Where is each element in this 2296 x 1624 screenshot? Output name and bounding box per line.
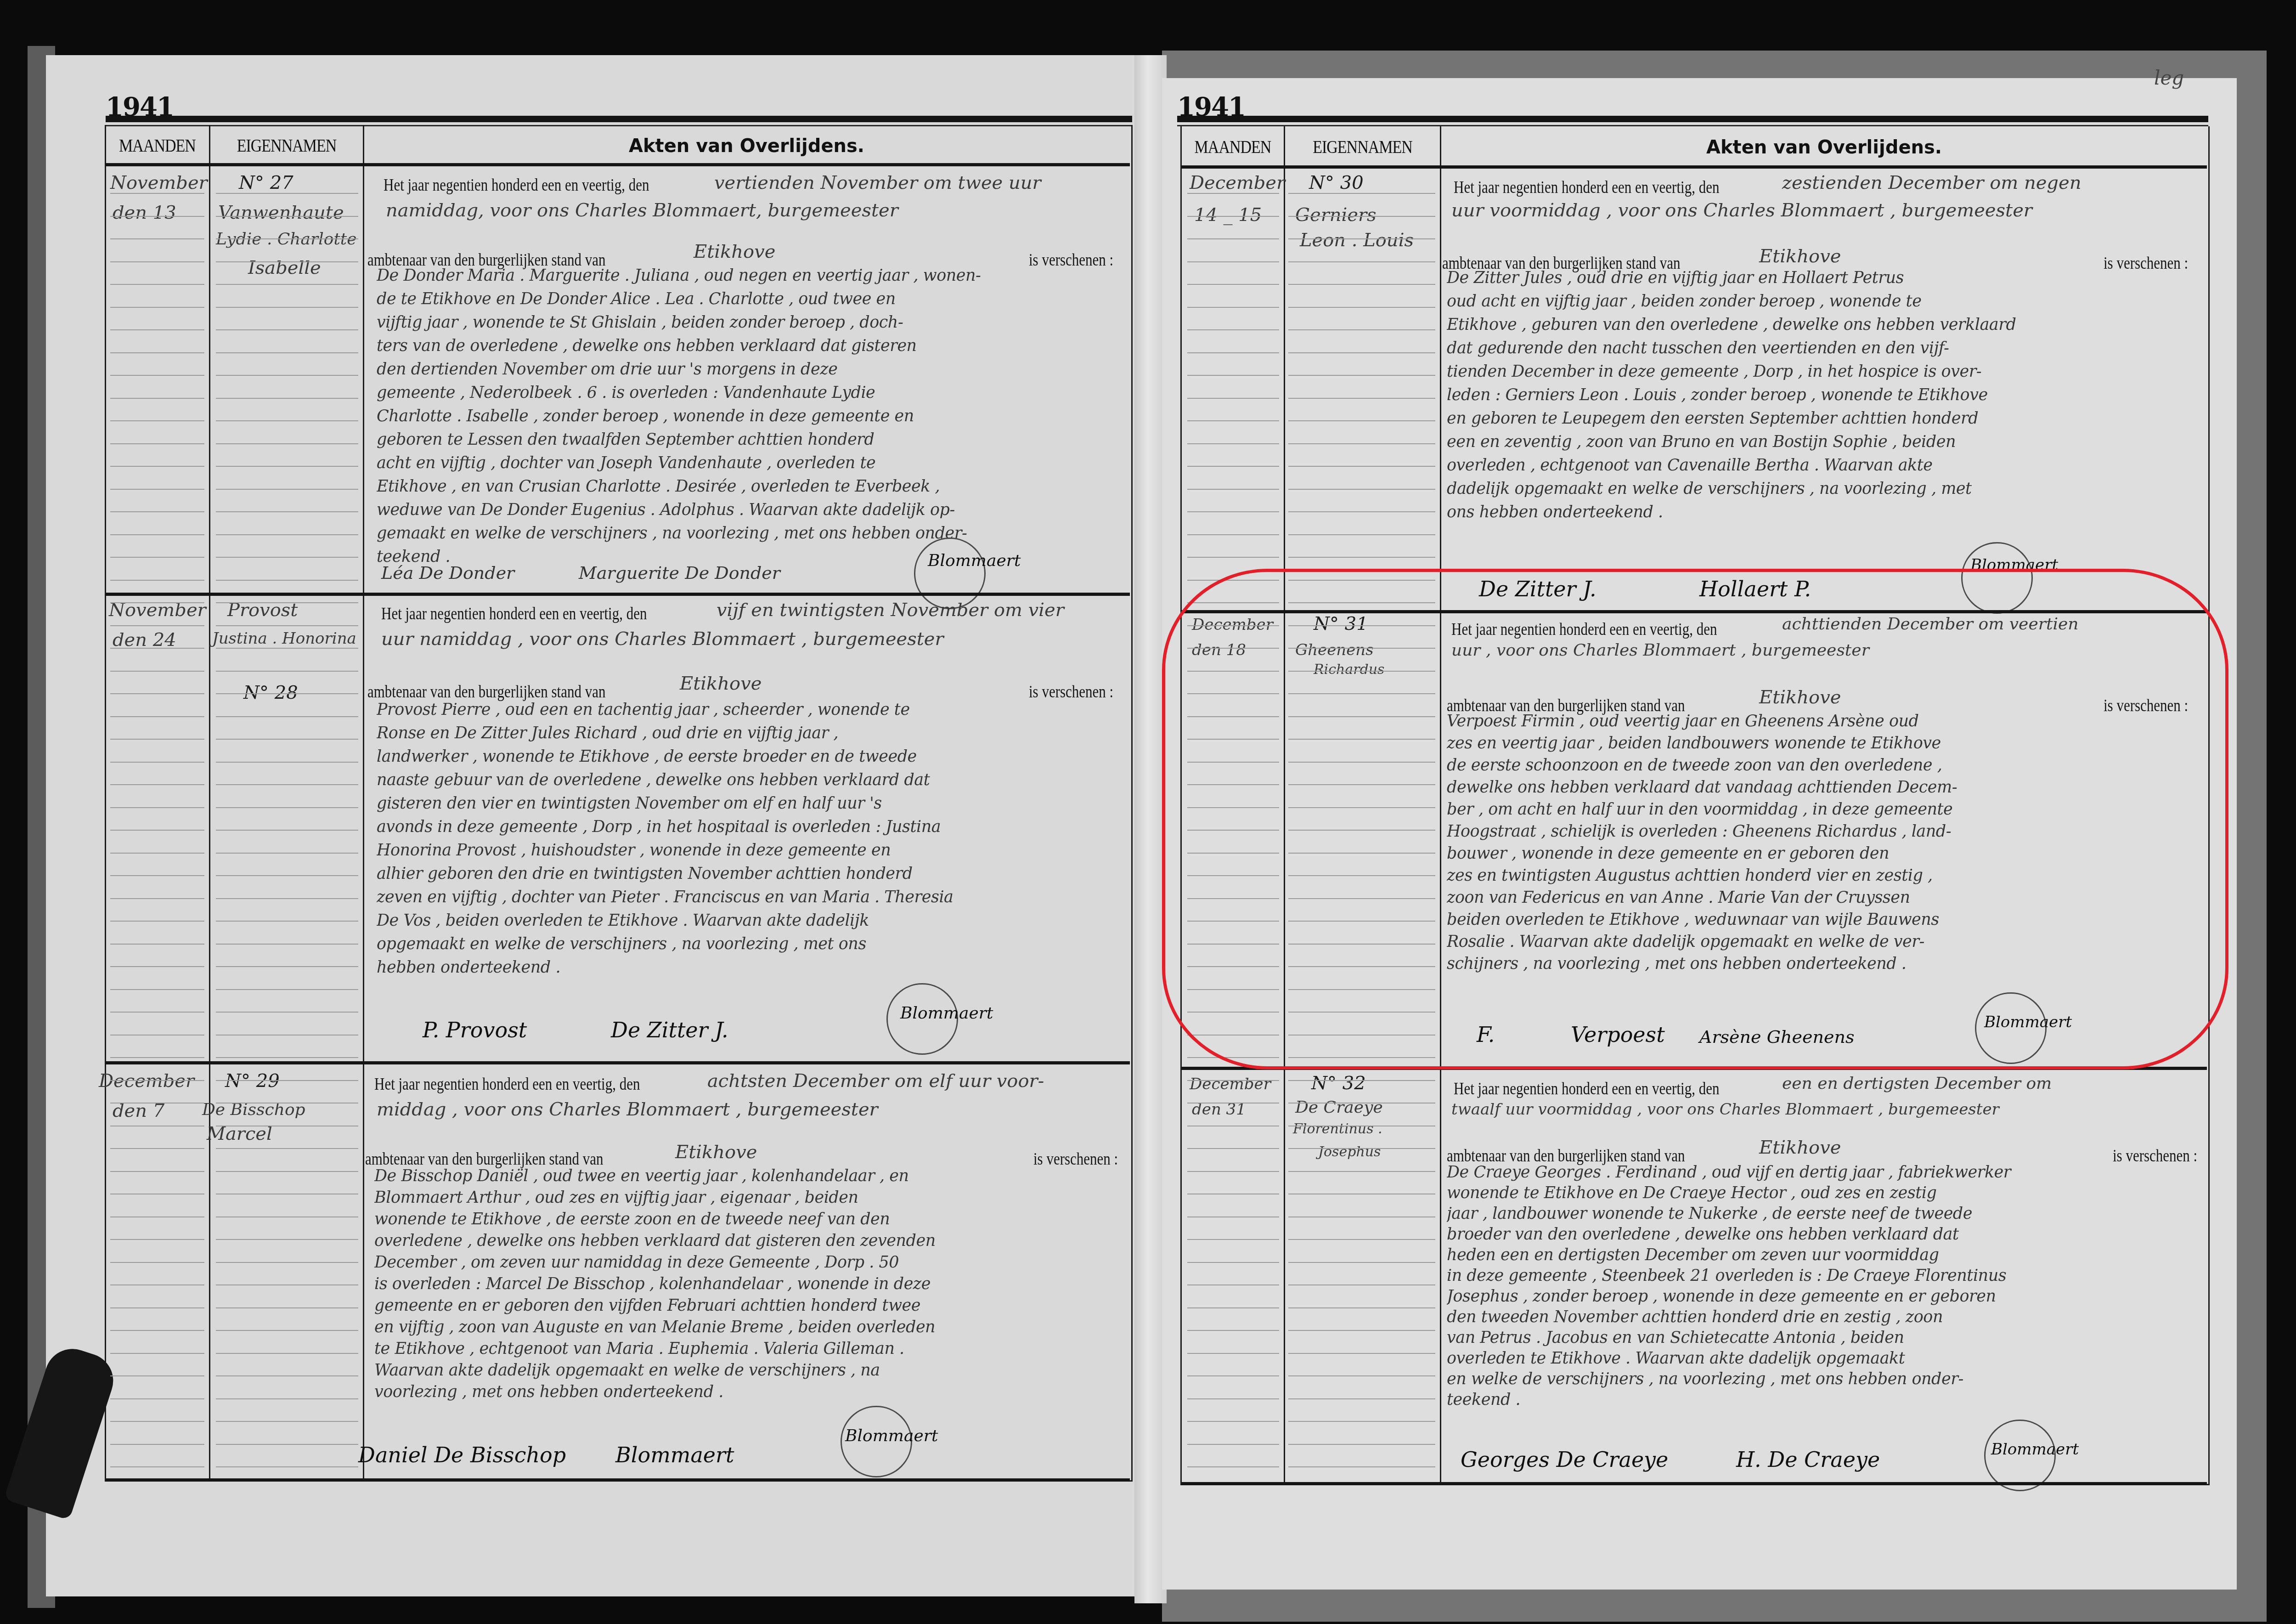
body-line: en vijftig , zoon van Auguste en van Mel…: [374, 1318, 1128, 1336]
ruled-line: [110, 307, 204, 308]
ruled-line: [110, 944, 204, 945]
ruled-line: [1288, 1171, 1435, 1172]
ruled-line: [216, 944, 358, 945]
ruled-line: [216, 1012, 358, 1013]
ruled-line: [216, 580, 358, 581]
ruled-line: [110, 1307, 204, 1308]
body-line: geboren te Lessen den twaalfden Septembe…: [377, 430, 1125, 449]
ruled-line: [110, 466, 204, 467]
appeared-printed-text: is verschenen :: [1033, 1149, 1118, 1169]
record-day: 14 _ 15: [1194, 204, 1262, 226]
record-name-line: De Craeye: [1295, 1098, 1383, 1117]
signature-mayor: Blommaert: [845, 1426, 938, 1445]
body-line: vijftig jaar , wonende te St Ghislain , …: [377, 313, 1125, 332]
pencil-page-note: leg: [2154, 67, 2184, 89]
intro-handwritten-date: achtsten December om elf uur voor-: [707, 1070, 1044, 1092]
ruled-line: [1187, 193, 1279, 194]
ruled-line: [1187, 1171, 1279, 1172]
intro-handwritten-date: vertienden November om twee uur: [714, 172, 1041, 193]
ruled-line: [110, 1126, 204, 1126]
ruled-line: [110, 1194, 204, 1194]
body-line: ons hebben onderteekend .: [1447, 503, 2205, 521]
record-body: Provost Pierre , oud een en tachentig ja…: [377, 701, 1125, 985]
signature-witness-1: Daniel De Bisschop: [358, 1443, 566, 1467]
ruled-line: [110, 875, 204, 876]
record-name-line: Vanwenhaute: [218, 202, 344, 223]
record-name-line: Gerniers: [1295, 204, 1376, 226]
ruled-line: [110, 921, 204, 922]
ruled-line: [110, 1103, 204, 1103]
ruled-line: [1288, 1330, 1435, 1331]
ruled-line: [216, 693, 358, 694]
ruled-line: [110, 989, 204, 990]
ruled-line: [1288, 1307, 1435, 1308]
ruled-line: [1187, 489, 1279, 490]
mayor-seal: [914, 538, 986, 609]
ruled-line: [1187, 352, 1279, 353]
ruled-line: [216, 1080, 358, 1081]
ruled-line: [1187, 375, 1279, 376]
ruled-line: [110, 1284, 204, 1285]
ruled-line: [1187, 1148, 1279, 1149]
ruled-line: [110, 1148, 204, 1149]
signature-mayor: Blommaert: [1991, 1440, 2079, 1459]
ruled-line: [216, 784, 358, 785]
body-line: gemeente en er geboren den vijfden Febru…: [374, 1296, 1128, 1315]
ruled-line: [1187, 420, 1279, 421]
ruled-line: [110, 762, 204, 763]
ruled-line: [216, 511, 358, 512]
official-printed-text: ambtenaar van den burgerlijken stand van: [365, 1149, 604, 1169]
ruled-line: [216, 443, 358, 444]
ruled-line: [216, 762, 358, 763]
ruled-line: [110, 375, 204, 376]
intro-printed-text: Het jaar negentien honderd een en veerti…: [1454, 177, 1719, 197]
ruled-line: [216, 853, 358, 854]
ruled-line: [1288, 1080, 1435, 1081]
ruled-line: [1288, 443, 1435, 444]
ruled-line: [110, 716, 204, 717]
record-name-line: Josephus: [1318, 1144, 1381, 1160]
ruled-line: [110, 671, 204, 672]
ruled-line: [216, 1057, 358, 1058]
signature-witness-1: P. Provost: [423, 1018, 527, 1042]
ruled-line: [110, 1171, 204, 1172]
ruled-line: [1288, 466, 1435, 467]
ruled-line: [1187, 534, 1279, 535]
ruled-line: [110, 784, 204, 785]
ruled-line: [216, 989, 358, 990]
right-header-eigennamen: EIGENNAMEN: [1285, 127, 1440, 167]
ruled-line: [110, 420, 204, 421]
ruled-line: [1187, 1421, 1279, 1422]
ruled-line: [216, 216, 358, 217]
ruled-line: [110, 284, 204, 285]
body-line: dat gedurende den nacht tusschen den vee…: [1447, 339, 2205, 357]
ruled-line: [1187, 511, 1279, 512]
intro-printed-text: Het jaar negentien honderd een en veerti…: [381, 604, 647, 623]
intro-printed-text: Het jaar negentien honderd een en veerti…: [1454, 1079, 1719, 1098]
ruled-line: [216, 238, 358, 239]
ruled-line: [216, 716, 358, 717]
body-line: alhier geboren den drie en twintigsten N…: [377, 865, 1125, 883]
record-body: De Craeye Georges . Ferdinand , oud vijf…: [1447, 1163, 2209, 1439]
body-line: zeven en vijftig , dochter van Pieter . …: [377, 888, 1125, 906]
ruled-line: [216, 1194, 358, 1194]
body-line: overleden , echtgenoot van Cavenaille Be…: [1447, 456, 2205, 475]
body-line: overleden te Etikhove . Waarvan akte dad…: [1447, 1349, 2209, 1368]
body-line: hebben onderteekend .: [377, 958, 1125, 977]
ruled-line: [1288, 193, 1435, 194]
body-line: gemeente , Nederolbeek . 6 . is overlede…: [377, 384, 1125, 402]
record-name-line: Marcel: [207, 1123, 272, 1144]
body-line: Honorina Provost , huishoudster , wonend…: [377, 841, 1125, 860]
ruled-line: [216, 1353, 358, 1354]
body-line: De Craeye Georges . Ferdinand , oud vijf…: [1447, 1163, 2209, 1182]
right-header-rule: [1177, 116, 2208, 122]
record-number: N° 27: [239, 172, 293, 193]
ruled-line: [110, 1466, 204, 1467]
ruled-line: [1288, 261, 1435, 262]
right-table-bottom-rule: [1182, 1482, 2207, 1485]
body-line: Blommaert Arthur , oud zes en vijftig ja…: [374, 1188, 1128, 1207]
ruled-line: [216, 352, 358, 353]
ruled-line: [110, 853, 204, 854]
signature-witness-1: Georges De Craeye: [1461, 1447, 1668, 1472]
ruled-line: [1288, 534, 1435, 535]
municipality: Etikhove: [694, 241, 775, 262]
ruled-line: [216, 1421, 358, 1422]
ruled-line: [216, 625, 358, 626]
signature-witness-1: Léa De Donder: [381, 563, 514, 583]
ruled-line: [1288, 1284, 1435, 1285]
ruled-line: [216, 1148, 358, 1149]
body-line: ters van de overledene , dewelke ons heb…: [377, 337, 1125, 355]
ruled-line: [216, 466, 358, 467]
ruled-line: [216, 1444, 358, 1445]
ruled-line: [1187, 1262, 1279, 1263]
signature-witness-2: H. De Craeye: [1736, 1447, 1880, 1472]
body-line: van Petrus . Jacobus en van Schietecatte…: [1447, 1329, 2209, 1347]
ruled-line: [1288, 329, 1435, 330]
ruled-line: [110, 443, 204, 444]
intro-handwritten-officiant: namiddag, voor ons Charles Blommaert, bu…: [386, 200, 898, 221]
record-body: De Donder Maria . Marguerite . Juliana ,…: [377, 266, 1125, 579]
record-name-line: Leon . Louis: [1300, 230, 1414, 251]
right-header-title: Akten van Overlijdens.: [1441, 130, 2207, 164]
ruled-line: [216, 557, 358, 558]
ruled-line: [1187, 1239, 1279, 1240]
ruled-line: [1288, 1444, 1435, 1445]
signature-mayor: Blommaert: [900, 1004, 993, 1023]
ruled-line: [1288, 1375, 1435, 1376]
ruled-line: [216, 329, 358, 330]
ruled-line: [1288, 398, 1435, 399]
ruled-line: [216, 375, 358, 376]
body-line: Charlotte . Isabelle , zonder beroep , w…: [377, 407, 1125, 425]
intro-handwritten-date: vijf en twintigsten November om vier: [716, 600, 1064, 621]
ruled-line: [1288, 216, 1435, 217]
body-line: Etikhove , geburen van den overledene , …: [1447, 316, 2205, 334]
left-table-bottom-rule: [106, 1478, 1130, 1482]
body-line: oud acht en vijftig jaar , beiden zonder…: [1447, 292, 2205, 311]
record-name-line: Justina . Honorina: [212, 629, 356, 648]
ruled-line: [216, 534, 358, 535]
ruled-line: [216, 1126, 358, 1126]
left-header-maanden: MAANDEN: [106, 126, 209, 165]
ruled-line: [216, 420, 358, 421]
ruled-line: [216, 966, 358, 967]
ruled-line: [110, 898, 204, 899]
ruled-line: [216, 193, 358, 194]
ruled-line: [110, 648, 204, 649]
ruled-line: [1288, 1466, 1435, 1467]
body-line: Ronse en De Zitter Jules Richard , oud d…: [377, 724, 1125, 742]
ruled-line: [110, 1057, 204, 1058]
ruled-line: [110, 557, 204, 558]
intro-handwritten-officiant: middag , voor ons Charles Blommaert , bu…: [377, 1099, 878, 1120]
ruled-line: [1187, 1444, 1279, 1445]
ruled-line: [216, 261, 358, 262]
body-line: Etikhove , en van Crusian Charlotte . De…: [377, 477, 1125, 496]
body-line: dadelijk opgemaakt en welke de verschijn…: [1447, 480, 2205, 498]
ruled-line: [216, 807, 358, 808]
body-line: jaar , landbouwer wonende te Nukerke , d…: [1447, 1205, 2209, 1223]
ruled-line: [1187, 443, 1279, 444]
record-month: December: [99, 1070, 194, 1092]
body-line: teekend .: [1447, 1391, 2209, 1409]
intro-printed-text: Het jaar negentien honderd een en veerti…: [374, 1074, 640, 1094]
ruled-line: [1187, 1217, 1279, 1217]
ruled-line: [1187, 1307, 1279, 1308]
ruled-line: [110, 1421, 204, 1422]
ruled-line: [110, 1239, 204, 1240]
ruled-line: [1187, 1330, 1279, 1331]
ruled-line: [1288, 238, 1435, 239]
ruled-line: [1187, 557, 1279, 558]
ruled-line: [216, 398, 358, 399]
record-day: den 13: [113, 202, 176, 223]
ruled-line: [1187, 284, 1279, 285]
body-line: is overleden : Marcel De Bisschop , kole…: [374, 1275, 1128, 1293]
body-line: gemaakt en welke de verschijners , na vo…: [377, 524, 1125, 543]
intro-handwritten-officiant: uur voormiddag , voor ons Charles Blomma…: [1451, 200, 2032, 221]
ruled-line: [1288, 557, 1435, 558]
ruled-line: [110, 580, 204, 581]
body-line: in deze gemeente , Steenbeek 21 overlede…: [1447, 1267, 2209, 1285]
ruled-line: [216, 830, 358, 831]
body-line: en welke de verschijners , na voorlezing…: [1447, 1370, 2209, 1388]
ruled-line: [110, 1375, 204, 1376]
ruled-line: [216, 1262, 358, 1263]
body-line: opgemaakt en welke de verschijners , na …: [377, 935, 1125, 953]
ruled-line: [110, 1398, 204, 1399]
body-line: den dertienden November om drie uur 's m…: [377, 360, 1125, 379]
municipality: Etikhove: [1759, 1137, 1841, 1158]
ruled-line: [216, 921, 358, 922]
body-line: tienden December in deze gemeente , Dorp…: [1447, 362, 2205, 381]
municipality: Etikhove: [1759, 246, 1841, 267]
ruled-line: [1187, 329, 1279, 330]
ruled-line: [110, 238, 204, 239]
body-line: Josephus , zonder beroep , wonende in de…: [1447, 1287, 2209, 1306]
ruled-line: [1288, 511, 1435, 512]
ruled-line: [216, 284, 358, 285]
ruled-line: [1187, 1466, 1279, 1467]
municipality: Etikhove: [680, 673, 762, 694]
body-line: De Bisschop Daniël , oud twee en veertig…: [374, 1167, 1128, 1185]
record-number: N° 32: [1311, 1073, 1366, 1094]
ruled-line: [216, 739, 358, 740]
ruled-line: [216, 875, 358, 876]
ruled-line: [110, 1080, 204, 1081]
intro-handwritten-officiant: twaalf uur voormiddag , voor ons Charles…: [1451, 1100, 1999, 1119]
record-body: De Bisschop Daniël , oud twee en veertig…: [374, 1167, 1128, 1429]
body-line: December , om zeven uur namiddag in deze…: [374, 1253, 1128, 1272]
ruled-line: [1187, 1103, 1279, 1103]
ruled-line: [1187, 307, 1279, 308]
ruled-line: [1288, 420, 1435, 421]
body-line: een en zeventig , zoon van Bruno en van …: [1447, 433, 2205, 451]
ruled-line: [110, 261, 204, 262]
intro-printed-text: Het jaar negentien honderd een en veerti…: [384, 175, 649, 195]
ruled-line: [216, 671, 358, 672]
body-line: De Donder Maria . Marguerite . Juliana ,…: [377, 266, 1125, 285]
body-line: De Zitter Jules , oud drie en vijftig ja…: [1447, 269, 2205, 287]
signature-witness-2: Blommaert: [615, 1443, 734, 1467]
body-line: en geboren te Leupegem den eersten Septe…: [1447, 409, 2205, 428]
ruled-line: [110, 534, 204, 535]
ruled-line: [216, 898, 358, 899]
ruled-line: [1187, 1126, 1279, 1126]
ruled-line: [1288, 375, 1435, 376]
ruled-line: [110, 1330, 204, 1331]
appeared-printed-text: is verschenen :: [1029, 682, 1113, 702]
ruled-line: [1187, 1353, 1279, 1354]
ruled-line: [1187, 261, 1279, 262]
body-line: weduwe van De Donder Eugenius . Adolphus…: [377, 501, 1125, 519]
ruled-line: [110, 193, 204, 194]
intro-handwritten-officiant: uur namiddag , voor ons Charles Blommaer…: [381, 628, 944, 650]
ruled-line: [110, 511, 204, 512]
ruled-line: [110, 216, 204, 217]
right-header-maanden: MAANDEN: [1182, 127, 1284, 167]
ruled-line: [1187, 1080, 1279, 1081]
record-body: De Zitter Jules , oud drie en vijftig ja…: [1447, 269, 2205, 535]
body-line: gisteren den vier en twintigsten Novembe…: [377, 794, 1125, 813]
record-divider: [106, 593, 1130, 596]
ruled-line: [1187, 1375, 1279, 1376]
body-line: Waarvan akte dadelijk opgemaakt en welke…: [374, 1361, 1128, 1380]
record-number: N° 29: [225, 1070, 280, 1092]
ruled-line: [110, 807, 204, 808]
ruled-line: [110, 329, 204, 330]
body-line: overledene , dewelke ons hebben verklaar…: [374, 1232, 1128, 1250]
ruled-line: [110, 830, 204, 831]
body-line: wonende te Etikhove en De Craeye Hector …: [1447, 1184, 2209, 1202]
left-col-divider-1: [209, 125, 210, 1480]
record-number: N° 28: [243, 682, 298, 703]
signature-witness-2: De Zitter J.: [611, 1018, 728, 1042]
ruled-line: [1288, 1239, 1435, 1240]
ruled-line: [1288, 1126, 1435, 1126]
left-header-bottom-rule: [106, 163, 1130, 166]
body-line: voorlezing , met ons hebben onderteekend…: [374, 1383, 1128, 1401]
ruled-line: [216, 1284, 358, 1285]
ruled-line: [1288, 284, 1435, 285]
ruled-line: [1187, 238, 1279, 239]
body-line: acht en vijftig , dochter van Joseph Van…: [377, 454, 1125, 472]
ruled-line: [216, 1398, 358, 1399]
ruled-line: [1187, 398, 1279, 399]
ruled-line: [1288, 307, 1435, 308]
ruled-line: [110, 602, 204, 603]
body-line: broeder van den overledene , dewelke ons…: [1447, 1225, 2209, 1244]
ruled-line: [110, 625, 204, 626]
ruled-line: [1288, 1353, 1435, 1354]
ruled-line: [1288, 1421, 1435, 1422]
body-line: te Etikhove , echtgenoot van Maria . Eup…: [374, 1340, 1128, 1358]
body-line: De Vos , beiden overleden te Etikhove . …: [377, 911, 1125, 930]
ruled-line: [110, 1444, 204, 1445]
body-line: naaste gebuur van de overledene , dewelk…: [377, 771, 1125, 789]
record-month: December: [1190, 1075, 1271, 1093]
ruled-line: [110, 966, 204, 967]
ruled-line: [216, 1217, 358, 1217]
ruled-line: [216, 648, 358, 649]
red-highlight-annotation: [1162, 569, 2228, 1069]
official-printed-text: ambtenaar van den burgerlijken stand van: [367, 682, 606, 702]
ruled-line: [1288, 1148, 1435, 1149]
left-header-title: Akten van Overlijdens.: [364, 129, 1129, 163]
ruled-line: [110, 1217, 204, 1217]
ruled-line: [216, 1307, 358, 1308]
ruled-line: [216, 307, 358, 308]
ruled-line: [1288, 1262, 1435, 1263]
record-name-line: Isabelle: [248, 257, 321, 278]
ruled-line: [216, 1171, 358, 1172]
body-line: wonende te Etikhove , de eerste zoon en …: [374, 1210, 1128, 1228]
right-header-bottom-rule: [1182, 165, 2207, 169]
ruled-line: [110, 1353, 204, 1354]
body-line: leden : Gerniers Leon . Louis , zonder b…: [1447, 386, 2205, 404]
body-line: heden een en dertigsten December om zeve…: [1447, 1246, 2209, 1264]
left-header-eigennamen: EIGENNAMEN: [210, 126, 363, 165]
signature-mayor: Blommaert: [928, 551, 1021, 570]
intro-handwritten-date: zestienden December om negen: [1782, 172, 2081, 193]
body-line: de te Etikhove en De Donder Alice . Lea …: [377, 290, 1125, 308]
ruled-line: [110, 1035, 204, 1036]
left-col-divider-2: [363, 125, 364, 1480]
left-header-rule: [106, 116, 1132, 122]
ruled-line: [1288, 1103, 1435, 1103]
ruled-line: [1187, 1194, 1279, 1194]
ruled-line: [216, 1330, 358, 1331]
ruled-line: [1288, 1398, 1435, 1399]
municipality: Etikhove: [675, 1142, 757, 1163]
record-number: N° 30: [1309, 172, 1364, 193]
ruled-line: [110, 739, 204, 740]
ruled-line: [216, 1103, 358, 1103]
ruled-line: [216, 1035, 358, 1036]
record-divider: [106, 1061, 1130, 1064]
body-line: Provost Pierre , oud een en tachentig ja…: [377, 701, 1125, 719]
ruled-line: [110, 352, 204, 353]
intro-handwritten-date: een en dertigsten December om: [1782, 1074, 2052, 1093]
ruled-line: [1288, 1217, 1435, 1217]
signature-witness-2: Marguerite De Donder: [579, 563, 780, 583]
record-month: December: [1190, 172, 1285, 193]
